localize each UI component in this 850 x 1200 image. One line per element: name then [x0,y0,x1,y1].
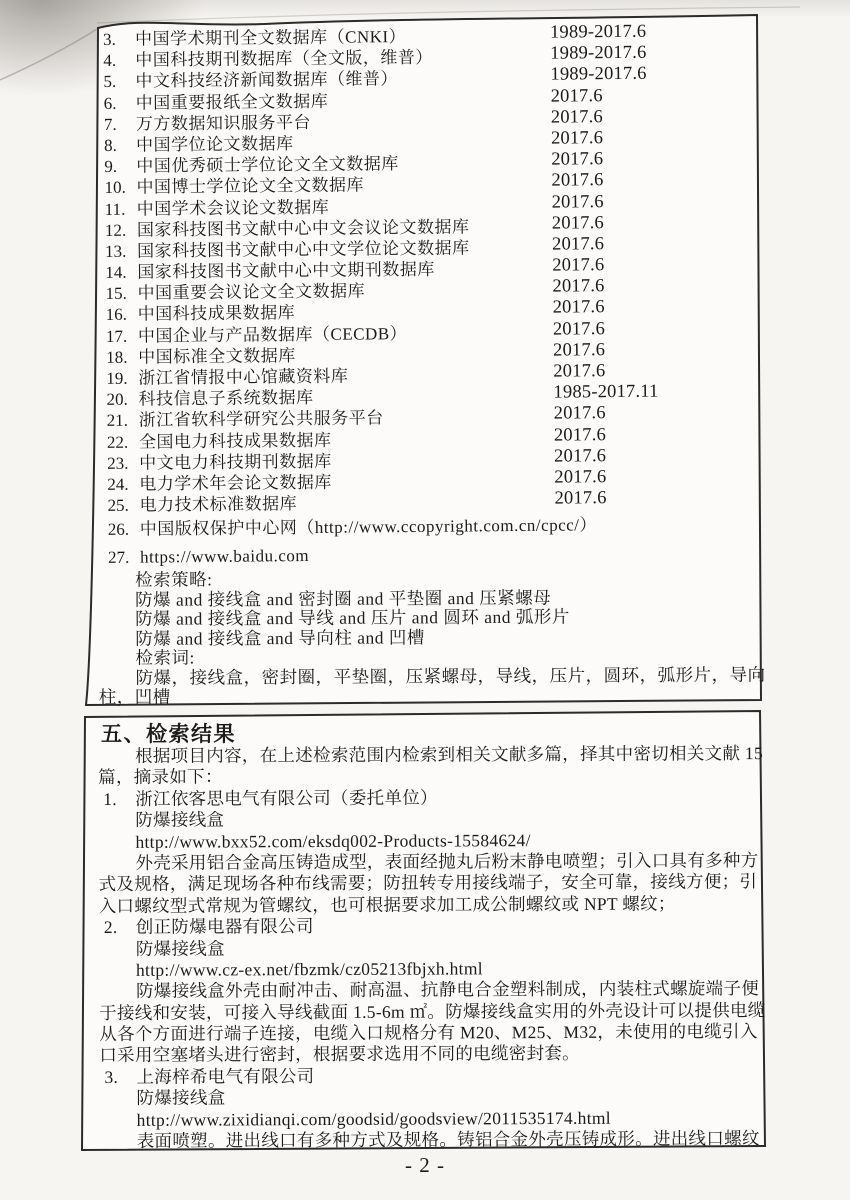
database-row-number: 6. [104,93,136,112]
results-body: 根据项目内容，在上述检索范围内检索到相关文献多篇，择其中密切相关文献 15篇，摘… [98,743,762,1152]
database-row-name: 中国学术期刊全文数据库（CNKI） [135,27,406,49]
database-row-number: 15. [105,284,137,303]
results-intro-line: 根据项目内容，在上述检索范围内检索到相关文献多篇，择其中密切相关文献 15 [98,743,760,767]
database-list: 3.中国学术期刊全文数据库（CNKI）1989-2017.64.中国科技期刊数据… [98,24,763,574]
search-terms-line: 柱，凹槽 [99,685,764,708]
database-row-coverage: 2017.6 [551,150,603,169]
database-row-number: 3. [103,30,135,49]
result-entry-product: 防爆接线盒 [99,936,761,960]
database-row-number: 13. [105,242,137,261]
database-row-name: 万方数据知识服务平台 [136,113,311,134]
database-row-number: 27. [108,548,140,567]
database-row-name: 中国重要会议论文全文数据库 [137,282,365,303]
result-entry-product: 防爆接线盒 [98,807,760,831]
database-row-number: 20. [106,390,138,409]
database-row-name: 国家科技图书文献中心中文期刊数据库 [137,260,435,282]
result-entry-description-line: 于接线和安装，可接入导线截面 1.5-6m ㎡。防爆接线盒实用的外壳设计可以提供… [99,1000,761,1024]
result-entry-number: 1. [103,789,135,809]
result-entry-company: 浙江依客思电气有限公司（委托单位） [135,787,438,808]
database-row-name: 全国电力科技成果数据库 [139,430,332,451]
database-row-number: 16. [106,305,138,324]
page-number: - 2 - [0,1153,850,1178]
result-entry-description-line: 外壳采用铝合金高压铸造成型，表面经抛丸后粉末静电喷塑；引入口具有多种方 [98,850,760,874]
result-entry-company: 上海梓希电气有限公司 [136,1066,314,1087]
result-entry-url: http://www.bxx52.com/eksdq002-Products-1… [98,829,760,853]
database-row-coverage: 2017.6 [553,299,605,318]
database-row-coverage: 2017.6 [554,405,606,424]
database-row-name: 中国标准全文数据库 [138,346,296,367]
database-row-name: 中国重要报纸全文数据库 [136,91,329,112]
database-row-name: 科技信息子系统数据库 [138,388,313,409]
database-row-number: 11. [105,199,137,218]
result-entry-description-line: 防爆接线盒外壳由耐冲击、耐高温、抗静电合金塑料制成，内装柱式螺旋端子便 [99,978,761,1002]
database-row-coverage: 2017.6 [552,277,604,296]
database-row-number: 5. [103,72,135,91]
database-row-coverage: 2017.6 [552,193,604,212]
database-row-coverage: 1985-2017.11 [553,383,658,403]
result-entry-description-line: 入口螺纹型式常规为管螺纹，也可根据要求加工成公制螺纹或 NPT 螺纹； [99,893,761,917]
database-row-number: 18. [106,347,138,366]
database-row-name: 中国科技期刊数据库（全文版，维普） [135,48,433,70]
scanned-document-page: 3.中国学术期刊全文数据库（CNKI）1989-2017.64.中国科技期刊数据… [0,0,850,1200]
result-entry-description-line: 式及规格，满足现场各种布线需要；防扭转专用接线端子，安全可靠，接线方便；引 [99,871,761,895]
result-entry-product: 防爆接线盒 [99,1085,761,1109]
database-row-coverage: 1989-2017.6 [550,23,646,43]
database-row-name: 中国优秀硕士学位论文全文数据库 [136,154,399,176]
database-row-name: 中国企业与产品数据库（CECDB） [138,324,407,346]
database-row-name: 国家科技图书文献中心中文会议论文数据库 [137,217,470,239]
result-entry-number: 3. [104,1067,136,1087]
database-row-name: 中国学术会议论文数据库 [137,197,330,218]
result-entry-description-line: 表面喷塑。进出线口有多种方式及规格。铸铝合金外壳压铸成形。进出线口螺纹 [100,1128,762,1152]
result-entry-number: 2. [104,917,136,937]
database-row-number: 4. [103,51,135,70]
database-row-name: 电力技术标准数据库 [139,494,297,515]
database-row-coverage: 2017.6 [554,447,606,466]
results-heading: 五、检索结果 [101,718,236,748]
results-intro-line: 篇，摘录如下： [98,765,760,789]
database-row-number: 12. [105,220,137,239]
result-entry-url: http://www.cz-ex.net/fbzmk/cz05213fbjxh.… [99,957,761,981]
database-row-coverage: 1989-2017.6 [550,65,646,85]
database-row-coverage: 1989-2017.6 [550,44,646,64]
database-row-name: https://www.baidu.com [140,546,309,567]
database-row-name: 中国版权保护中心网（http://www.ccopyright.com.cn/c… [140,516,597,539]
database-row-coverage: 2017.6 [553,341,605,360]
result-entry-header: 3.上海梓希电气有限公司 [99,1064,761,1088]
database-row-coverage: 2017.6 [554,489,606,508]
database-row-coverage: 2017.6 [551,108,603,127]
result-entry-company: 创正防爆电器有限公司 [136,916,314,937]
database-row-coverage: 2017.6 [551,171,603,190]
database-row-number: 14. [105,263,137,282]
database-row-number: 7. [104,114,136,133]
database-row-name: 电力学术年会论文数据库 [139,473,332,494]
result-entry-description-line: 从各个方面进行端子连接，电缆入口规格分有 M20、M25、M32，未使用的电缆引… [99,1021,761,1045]
database-row-number: 23. [107,453,139,472]
database-row-coverage: 2017.6 [554,468,606,487]
database-row-number: 22. [107,432,139,451]
database-row-number: 17. [106,326,138,345]
search-strategy-block: 检索策略:防爆 and 接线盒 and 密封圈 and 平垫圈 and 压紧螺母… [98,568,764,708]
result-entry-url: http://www.zixidianqi.com/goodsid/goodsv… [100,1107,762,1131]
database-row-coverage: 2017.6 [552,214,604,233]
database-row-name: 浙江省软科学研究公共服务平台 [139,409,384,430]
database-row-number: 21. [107,411,139,430]
database-row-name: 国家科技图书文献中心中文学位论文数据库 [137,238,470,260]
database-row-coverage: 2017.6 [552,235,604,254]
database-row-number: 8. [104,136,136,155]
database-row-coverage: 2017.6 [551,129,603,148]
paper-edge-line [0,29,97,80]
database-row-name: 中国学位论文数据库 [136,134,294,155]
database-row-name: 中文科技经济新闻数据库（维普） [135,69,398,91]
database-row-coverage: 2017.6 [552,256,604,275]
database-row-coverage: 2017.6 [553,362,605,381]
database-row-coverage: 2017.6 [551,87,603,106]
database-row-number: 24. [107,475,139,494]
database-row-number: 25. [107,496,139,515]
database-row-name: 浙江省情报中心馆藏资料库 [138,367,348,388]
database-row-name: 中文电力科技期刊数据库 [139,452,332,473]
result-entry-description-line: 口采用空塞堵头进行密封，根据要求选用不同的电缆密封套。 [99,1043,761,1067]
database-row-number: 19. [106,369,138,388]
database-row-number: 26. [108,520,140,539]
result-entry-header: 1.浙江依客思电气有限公司（委托单位） [98,786,760,810]
database-row-number: 9. [104,157,136,176]
result-entry-header: 2.创正防爆电器有限公司 [99,914,761,938]
database-row-name: 中国科技成果数据库 [138,304,296,325]
database-row-coverage: 2017.6 [554,426,606,445]
database-row-name: 中国博士学位论文全文数据库 [136,176,364,197]
database-row-coverage: 2017.6 [553,320,605,339]
database-row-number: 10. [104,178,136,197]
